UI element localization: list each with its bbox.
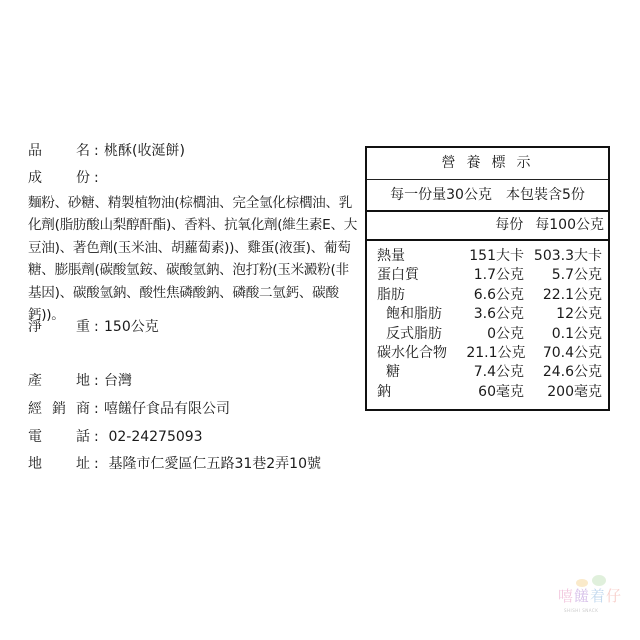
nutrition-row-trans-fat: 反式脂肪 0公克 0.1公克 [367, 325, 608, 344]
nutrition-rows: 熱量 151大卡 503.3大卡 蛋白質 1.7公克 5.7公克 脂肪 6.6公… [367, 241, 608, 402]
net-weight-value: 150公克 [104, 319, 159, 335]
product-name-label: 品名 [28, 142, 94, 160]
logo-subtitle: SHISHI SNACK [564, 608, 598, 613]
col-per-serving: 每份 [495, 217, 523, 233]
phone-label: 電話 [28, 428, 94, 446]
phone-value: 02-24275093 [104, 429, 203, 445]
nutrition-header: 每份每100公克 [367, 212, 608, 241]
origin-value: 台灣 [104, 373, 132, 389]
nutrition-row-fat: 脂肪 6.6公克 22.1公克 [367, 286, 608, 305]
origin-row: 產地:台灣 [28, 372, 132, 390]
nutrition-row-carbohydrate: 碳水化合物 21.1公克 70.4公克 [367, 344, 608, 363]
col-per-100g: 每100公克 [535, 217, 604, 233]
distributor-value: 嘻饈仔食品有限公司 [104, 401, 230, 417]
logo-text: 嘻饈着仔 [558, 585, 622, 606]
brand-logo: 嘻饈着仔 SHISHI SNACK [558, 575, 628, 615]
distributor-row: 經銷商:嘻饈仔食品有限公司 [28, 400, 230, 418]
net-weight-row: 淨重:150公克 [28, 318, 159, 336]
phone-row: 電話: 02-24275093 [28, 428, 203, 446]
ingredients-text: 麵粉、砂糖、精製植物油(棕櫚油、完全氫化棕櫚油、乳化劑(脂肪酸山梨醇酐酯)、香料… [28, 192, 360, 326]
nutrition-title: 營養標示 [367, 148, 608, 180]
nutrition-row-sodium: 鈉 60毫克 200毫克 [367, 383, 608, 402]
address-value: 基隆市仁愛區仁五路31巷2弄10號 [104, 456, 321, 472]
origin-label: 產地 [28, 372, 94, 390]
distributor-label: 經銷商 [28, 400, 94, 418]
nutrition-table: 營養標示 每一份量30公克 本包裝含5份 每份每100公克 熱量 151大卡 5… [365, 146, 610, 411]
net-weight-label: 淨重 [28, 318, 94, 336]
ingredients-label: 成份 [28, 169, 94, 187]
nutrition-row-protein: 蛋白質 1.7公克 5.7公克 [367, 266, 608, 285]
address-row: 地址: 基隆市仁愛區仁五路31巷2弄10號 [28, 455, 321, 473]
nutrition-row-sugar: 糖 7.4公克 24.6公克 [367, 363, 608, 382]
address-label: 地址 [28, 455, 94, 473]
nutrition-row-saturated-fat: 飽和脂肪 3.6公克 12公克 [367, 305, 608, 324]
nutrition-row-energy: 熱量 151大卡 503.3大卡 [367, 247, 608, 266]
product-name-row: 品名:桃酥(收涎餅) [28, 142, 185, 160]
nutrition-serving: 每一份量30公克 本包裝含5份 [367, 180, 608, 212]
product-name-value: 桃酥(收涎餅) [104, 143, 185, 159]
ingredients-label-row: 成份: [28, 169, 104, 187]
